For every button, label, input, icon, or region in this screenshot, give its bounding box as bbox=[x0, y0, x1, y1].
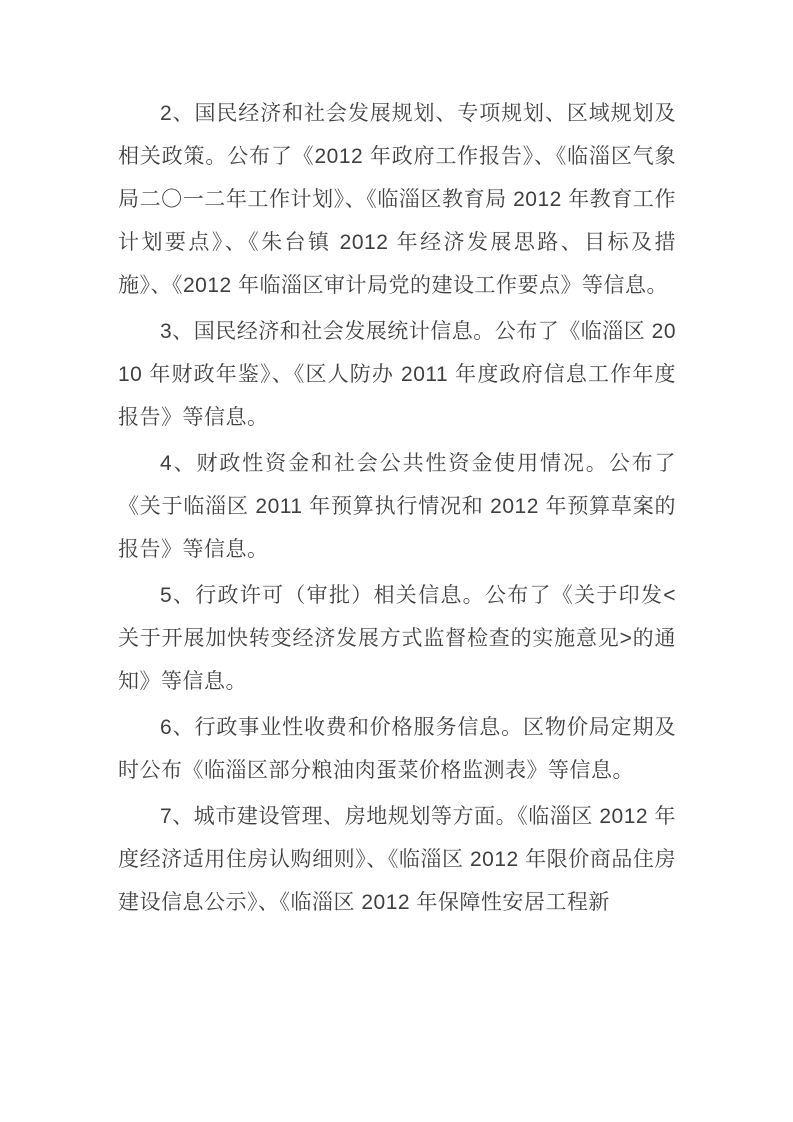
paragraph-6: 6、行政事业性收费和价格服务信息。区物价局定期及时公布《临淄区部分粮油肉蛋菜价格… bbox=[118, 706, 676, 792]
paragraph-7: 7、城市建设管理、房地规划等方面。《临淄区 2012 年度经济适用住房认购细则》… bbox=[118, 795, 676, 924]
document-page: 2、国民经济和社会发展规划、专项规划、区域规划及相关政策。公布了《2012 年政… bbox=[0, 0, 793, 1122]
paragraph-5: 5、行政许可（审批）相关信息。公布了《关于印发<关于开展加快转变经济发展方式监督… bbox=[118, 574, 676, 703]
document-body: 2、国民经济和社会发展规划、专项规划、区域规划及相关政策。公布了《2012 年政… bbox=[118, 92, 676, 924]
paragraph-2: 2、国民经济和社会发展规划、专项规划、区域规划及相关政策。公布了《2012 年政… bbox=[118, 92, 676, 307]
paragraph-3: 3、国民经济和社会发展统计信息。公布了《临淄区 2010 年财政年鉴》、《区人防… bbox=[118, 310, 676, 439]
paragraph-4: 4、财政性资金和社会公共性资金使用情况。公布了《关于临淄区 2011 年预算执行… bbox=[118, 442, 676, 571]
